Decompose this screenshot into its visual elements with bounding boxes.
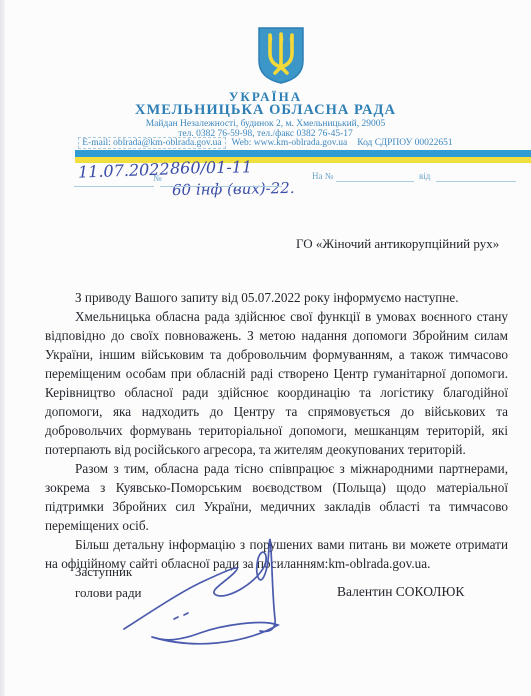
email-label: E-mail: oblrada@km-oblrada.gov.ua (78, 137, 225, 149)
letter-page: УКРАЇНА ХМЕЛЬНИЦЬКА ОБЛАСНА РАДА Майдан … (0, 0, 531, 696)
web-label: Web: www.km-oblrada.gov.ua (232, 138, 348, 148)
paragraph-3: Разом з тим, обласна рада тісно співпрац… (45, 459, 508, 535)
ukraine-trident-emblem-icon (258, 27, 304, 84)
number-underline (160, 186, 282, 187)
edrpou-code: Код СДРПОУ 00022651 (357, 138, 452, 148)
letter-body: З приводу Вашого запиту від 05.07.2022 р… (45, 288, 508, 573)
organization-title: ХМЕЛЬНИЦЬКА ОБЛАСНА РАДА (0, 102, 531, 119)
from-date-underline (436, 181, 516, 182)
paragraph-2: Хмельницька обласна рада здійснює свої ф… (45, 307, 508, 459)
address-line-1: Майдан Незалежності, будинок 2, м. Хмель… (0, 119, 531, 129)
number-sign-label: № (153, 173, 162, 183)
handwritten-signature-icon (112, 533, 327, 668)
flag-blue-stripe (75, 150, 531, 157)
handwritten-outgoing-number: 860/01-11 (170, 157, 252, 177)
recipient-name: ГО «Жіночий антикорупційний рух» (296, 236, 499, 252)
handwritten-outgoing-number-line2: 60 інф (вих)-22. (172, 179, 295, 199)
date-underline (74, 186, 154, 187)
paragraph-1: З приводу Вашого запиту від 05.07.2022 р… (45, 288, 508, 307)
incoming-number-label: На № (312, 171, 333, 181)
contact-line: E-mail: oblrada@km-oblrada.gov.uaWeb: ww… (0, 138, 531, 148)
from-date-label: від (419, 171, 430, 181)
incoming-number-underline (336, 181, 414, 182)
signer-name: Валентин СОКОЛЮК (337, 584, 464, 600)
